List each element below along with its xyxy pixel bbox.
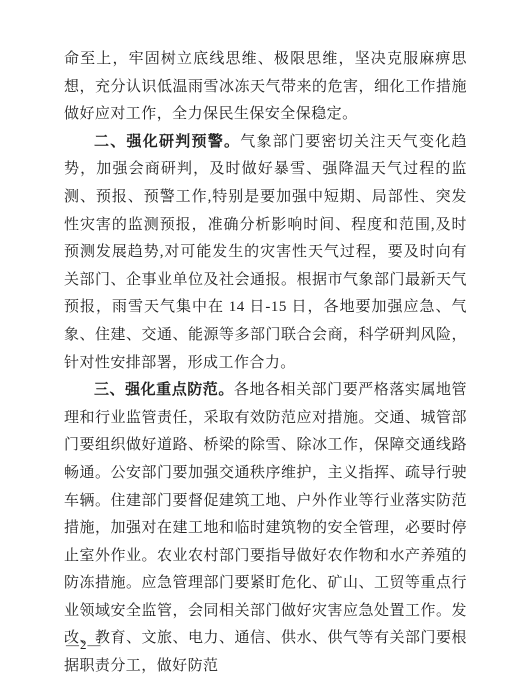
paragraph: 三、强化重点防范。各地各相关部门要严格落实属地管理和行业监管责任，采取有效防范应… bbox=[64, 377, 467, 674]
section-heading: 三、强化重点防范。 bbox=[94, 382, 234, 398]
document-page: 命至上，牢固树立底线思维、极限思维，坚决克服麻痹思想，充分认识低温雨雪冰冻天气带… bbox=[0, 0, 524, 674]
paragraph: 命至上，牢固树立底线思维、极限思维，坚决克服麻痹思想，充分认识低温雨雪冰冻天气带… bbox=[64, 46, 467, 129]
paragraph-text: 气象部门要密切关注天气变化趋势，加强会商研判，及时做好暴雪、强降温天气过程的监测… bbox=[64, 134, 467, 371]
paragraph-text: 命至上，牢固树立底线思维、极限思维，坚决克服麻痹思想，充分认识低温雨雪冰冻天气带… bbox=[64, 51, 467, 122]
document-text-block: 命至上，牢固树立底线思维、极限思维，坚决克服麻痹思想，充分认识低温雨雪冰冻天气带… bbox=[64, 46, 467, 674]
page-number: —2— bbox=[66, 637, 102, 653]
paragraph: 二、强化研判预警。气象部门要密切关注天气变化趋势，加强会商研判，及时做好暴雪、强… bbox=[64, 129, 467, 377]
section-heading: 二、强化研判预警。 bbox=[94, 134, 240, 150]
paragraph-text: 各地各相关部门要严格落实属地管理和行业监管责任，采取有效防范应对措施。交通、城管… bbox=[64, 382, 467, 674]
